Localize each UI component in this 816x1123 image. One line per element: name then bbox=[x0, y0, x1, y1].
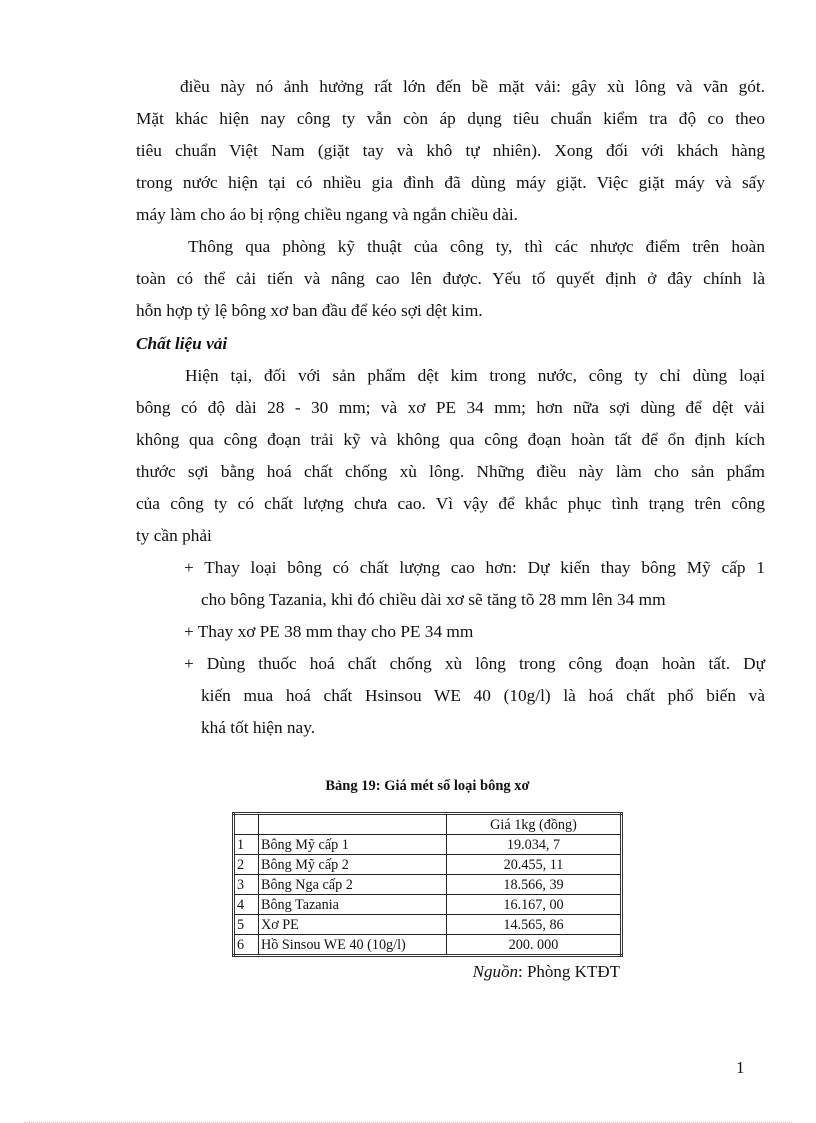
paragraph-3-line: Hiện tại, đối với sản phẩm dệt kim trong… bbox=[185, 366, 765, 386]
paragraph-1-line: tiêu chuẩn Việt Nam (giặt tay và khô tự … bbox=[136, 141, 765, 161]
row-price: 19.034, 7 bbox=[447, 835, 622, 855]
table-row: 5 Xơ PE 14.565, 86 bbox=[234, 915, 622, 935]
price-table: Giá 1kg (đồng) 1 Bông Mỹ cấp 1 19.034, 7… bbox=[232, 812, 623, 957]
bullet-item-line: khá tốt hiện nay. bbox=[201, 718, 315, 738]
row-item: Xơ PE bbox=[259, 915, 447, 935]
bullet-item-line: + Thay loại bông có chất lượng cao hơn: … bbox=[184, 558, 765, 578]
page-number: 1 bbox=[736, 1058, 745, 1078]
header-cell: Giá 1kg (đồng) bbox=[447, 814, 622, 835]
bullet-item-line: kiến mua hoá chất Hsinsou WE 40 (10g/l) … bbox=[201, 686, 765, 706]
row-item: Bông Tazania bbox=[259, 895, 447, 915]
row-item: Bông Nga cấp 2 bbox=[259, 875, 447, 895]
paragraph-3-line: bông có độ dài 28 - 30 mm; và xơ PE 34 m… bbox=[136, 398, 765, 418]
paragraph-2-line: Thông qua phòng kỹ thuật của công ty, th… bbox=[188, 237, 765, 257]
paragraph-3-line: của công ty có chất lượng chưa cao. Vì v… bbox=[136, 494, 765, 514]
row-item: Bông Mỹ cấp 1 bbox=[259, 835, 447, 855]
paragraph-2-line: toàn có thể cải tiến và nâng cao lên đượ… bbox=[136, 269, 765, 289]
row-item: Bông Mỹ cấp 2 bbox=[259, 855, 447, 875]
paragraph-3-line: không qua công đoạn trải kỹ và không qua… bbox=[136, 430, 765, 450]
row-price: 14.565, 86 bbox=[447, 915, 622, 935]
header-cell bbox=[259, 814, 447, 835]
paragraph-1-line: trong nước hiện tại có nhiều gia đình đã… bbox=[136, 173, 765, 193]
paragraph-3-line: thước sợi bằng hoá chất chống xù lông. N… bbox=[136, 462, 765, 482]
row-index: 5 bbox=[234, 915, 259, 935]
table-header-row: Giá 1kg (đồng) bbox=[234, 814, 622, 835]
table-source: Nguồn: Phòng KTĐT bbox=[420, 962, 620, 982]
row-price: 20.455, 11 bbox=[447, 855, 622, 875]
row-index: 3 bbox=[234, 875, 259, 895]
paragraph-1-line: Mặt khác hiện nay công ty vẫn còn áp dụn… bbox=[136, 109, 765, 129]
paragraph-1-line: điều này nó ảnh hưởng rất lớn đến bề mặt… bbox=[180, 77, 765, 97]
row-price: 18.566, 39 bbox=[447, 875, 622, 895]
row-index: 2 bbox=[234, 855, 259, 875]
row-price: 16.167, 00 bbox=[447, 895, 622, 915]
paragraph-1-line: máy làm cho áo bị rộng chiều ngang và ng… bbox=[136, 205, 518, 225]
row-price: 200. 000 bbox=[447, 935, 622, 956]
bullet-item-line: cho bông Tazania, khi đó chiều dài xơ sẽ… bbox=[201, 590, 666, 610]
source-label: Nguồn bbox=[473, 962, 518, 981]
bullet-item-line: + Dùng thuốc hoá chất chống xù lông tron… bbox=[184, 654, 765, 674]
table-row: 2 Bông Mỹ cấp 2 20.455, 11 bbox=[234, 855, 622, 875]
bullet-item-line: + Thay xơ PE 38 mm thay cho PE 34 mm bbox=[184, 622, 473, 642]
table-row: 3 Bông Nga cấp 2 18.566, 39 bbox=[234, 875, 622, 895]
table-row: 6 Hồ Sinsou WE 40 (10g/l) 200. 000 bbox=[234, 935, 622, 956]
row-index: 4 bbox=[234, 895, 259, 915]
section-heading: Chất liệu vải bbox=[136, 334, 227, 354]
paragraph-3-line: ty cần phải bbox=[136, 526, 212, 546]
table-caption: Bảng 19: Giá mét số loại bông xơ bbox=[232, 776, 623, 796]
paragraph-2-line: hỗn hợp tỷ lệ bông xơ ban đầu để kéo sợi… bbox=[136, 301, 483, 321]
row-index: 1 bbox=[234, 835, 259, 855]
header-cell bbox=[234, 814, 259, 835]
table-row: 4 Bông Tazania 16.167, 00 bbox=[234, 895, 622, 915]
table-row: 1 Bông Mỹ cấp 1 19.034, 7 bbox=[234, 835, 622, 855]
row-item: Hồ Sinsou WE 40 (10g/l) bbox=[259, 935, 447, 956]
source-value: : Phòng KTĐT bbox=[518, 962, 620, 981]
row-index: 6 bbox=[234, 935, 259, 956]
